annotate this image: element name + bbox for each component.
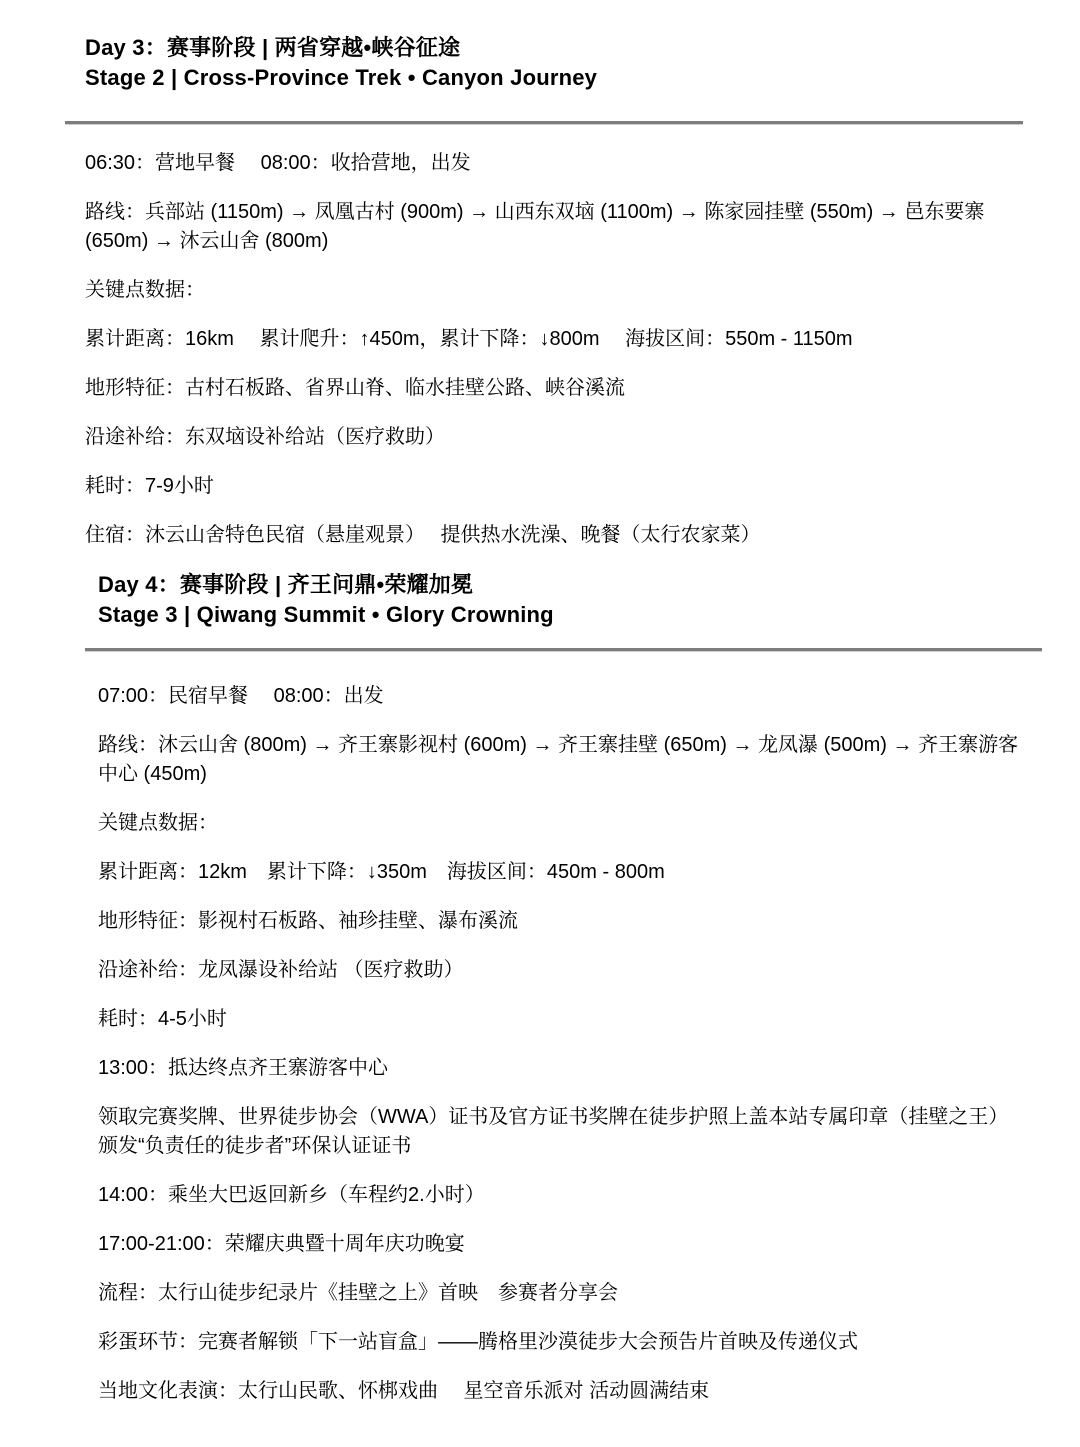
paragraph: 14:00：乘坐大巴返回新乡（车程约2.小时） (98, 1181, 1028, 1210)
paragraph: 流程：太行山徒步纪录片《挂壁之上》首映 参赛者分享会 (98, 1279, 1028, 1308)
paragraph: 关键点数据： (98, 809, 1028, 838)
day4-section-divider (85, 648, 1042, 652)
day4-title-cn: Day 4：赛事阶段 | 齐王问鼎•荣耀加冕 (98, 572, 473, 597)
paragraph: 17:00-21:00：荣耀庆典暨十周年庆功晚宴 (98, 1230, 1028, 1259)
paragraph: 关键点数据： (85, 276, 1023, 305)
paragraph: 07:00：民宿早餐 08:00：出发 (98, 682, 1028, 711)
day3-section: Day 3：赛事阶段 | 两省穿越•峡谷征途 Stage 2 | Cross-P… (65, 0, 1023, 550)
day4-paragraphs: 07:00：民宿早餐 08:00：出发路线：沐云山舍 (800m) → 齐王寨影… (85, 682, 1042, 1406)
day3-title-cn: Day 3：赛事阶段 | 两省穿越•峡谷征途 (85, 35, 460, 60)
day3-paragraphs: 06:30：营地早餐 08:00：收拾营地，出发路线：兵部站 (1150m) →… (65, 149, 1023, 550)
paragraph: 领取完赛奖牌、世界徒步协会（WWA）证书及官方证书奖牌在徒步护照上盖本站专属印章… (98, 1103, 1028, 1161)
paragraph: 13:00：抵达终点齐王寨游客中心 (98, 1054, 1028, 1083)
paragraph: 地形特征：古村石板路、省界山脊、临水挂壁公路、峡谷溪流 (85, 374, 1023, 403)
paragraph: 沿途补给：东双垴设补给站（医疗救助） (85, 423, 1023, 452)
paragraph: 住宿：沐云山舍特色民宿（悬崖观景） 提供热水洗澡、晚餐（太行农家菜） (85, 521, 1023, 550)
paragraph: 累计距离：16km 累计爬升：↑450m，累计下降：↓800m 海拔区间：550… (85, 325, 1023, 354)
paragraph: 耗时：7-9小时 (85, 472, 1023, 501)
paragraph: 地形特征：影视村石板路、袖珍挂壁、瀑布溪流 (98, 907, 1028, 936)
day4-section: Day 4：赛事阶段 | 齐王问鼎•荣耀加冕 Stage 3 | Qiwang … (85, 570, 1042, 1406)
day3-title-en: Stage 2 | Cross-Province Trek • Canyon J… (85, 65, 597, 90)
day3-section-divider (65, 121, 1023, 125)
paragraph: 路线：兵部站 (1150m) → 凤凰古村 (900m) → 山西东双垴 (11… (85, 198, 1023, 256)
day3-title: Day 3：赛事阶段 | 两省穿越•峡谷征途 Stage 2 | Cross-P… (65, 33, 1023, 93)
paragraph: 06:30：营地早餐 08:00：收拾营地，出发 (85, 149, 1023, 178)
document-page: Day 3：赛事阶段 | 两省穿越•峡谷征途 Stage 2 | Cross-P… (0, 0, 1080, 1447)
day4-title: Day 4：赛事阶段 | 齐王问鼎•荣耀加冕 Stage 3 | Qiwang … (85, 570, 1042, 630)
paragraph: 路线：沐云山舍 (800m) → 齐王寨影视村 (600m) → 齐王寨挂壁 (… (98, 731, 1028, 789)
paragraph: 沿途补给：龙凤瀑设补给站 （医疗救助） (98, 956, 1028, 985)
paragraph: 当地文化表演：太行山民歌、怀梆戏曲 星空音乐派对 活动圆满结束 (98, 1377, 1028, 1406)
paragraph: 累计距离：12km 累计下降：↓350m 海拔区间：450m - 800m (98, 858, 1028, 887)
paragraph: 彩蛋环节：完赛者解锁「下一站盲盒」——腾格里沙漠徒步大会预告片首映及传递仪式 (98, 1328, 1028, 1357)
paragraph: 耗时：4-5小时 (98, 1005, 1028, 1034)
day4-title-en: Stage 3 | Qiwang Summit • Glory Crowning (98, 602, 554, 627)
